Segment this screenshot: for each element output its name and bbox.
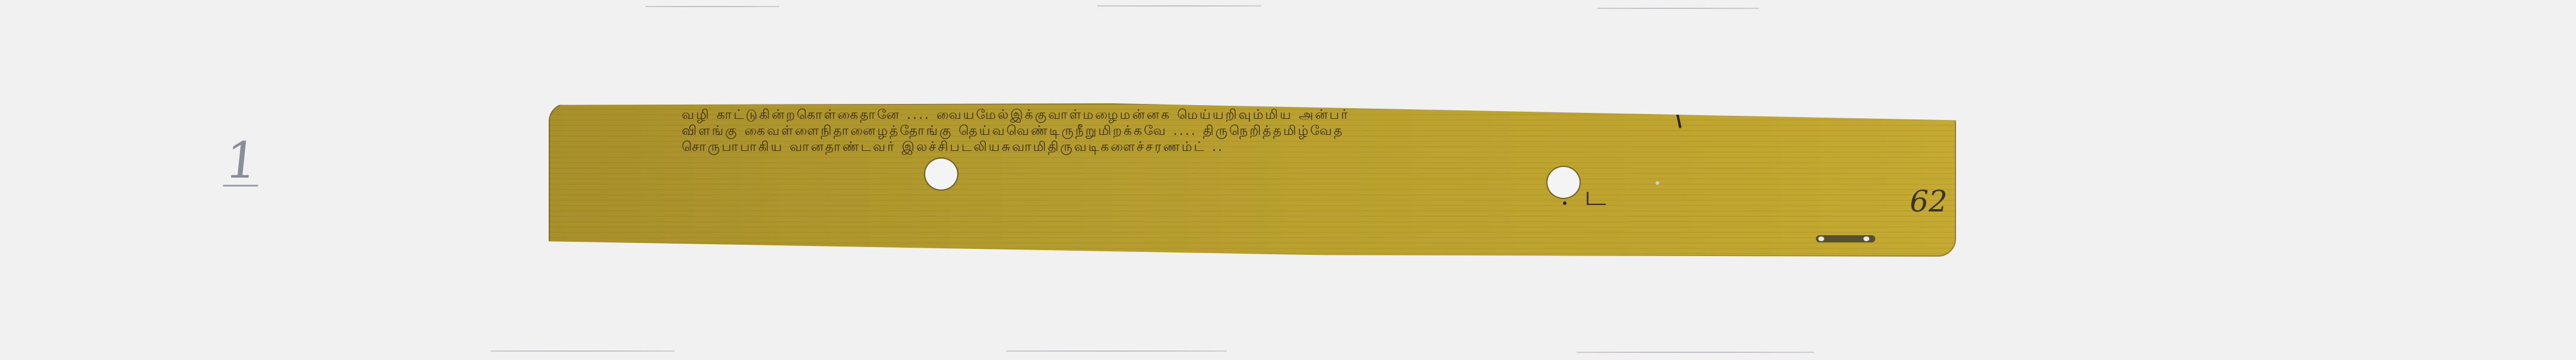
text-line-1: வழி காட்டுகின்றகொள்கைதானே .... வையமேல்இக…: [682, 107, 1840, 123]
bottom-guide-line-3: [1577, 352, 1814, 353]
right-binding-hole: [1548, 167, 1580, 198]
marginal-symbol: ட: [1584, 182, 1606, 209]
text-line-3: சொருபாபாகிய வானதாண்டவர் இலச்சிபடலியசுவாம…: [682, 139, 1840, 155]
bottom-guide-line-1: [490, 350, 675, 352]
top-guide-line-3: [1597, 8, 1759, 9]
manuscript-text: வழி காட்டுகின்றகொள்கைதானே .... வையமேல்இக…: [682, 107, 1840, 155]
top-guide-line-1: [645, 6, 779, 7]
left-binding-hole: [925, 159, 957, 190]
binding-thread-mark: [1816, 235, 1875, 242]
folio-number: 1: [223, 135, 260, 185]
ink-dot: [1563, 201, 1567, 205]
text-line-2: விளங்கு கைவள்ளைநிதானைழத்தோங்கு தெய்வவெண்…: [682, 123, 1840, 139]
palm-leaf: வழி காட்டுகின்றகொள்கைதானே .... வையமேல்இக…: [549, 103, 1956, 257]
top-guide-line-2: [1097, 5, 1261, 7]
ink-dot: [1656, 181, 1659, 185]
bottom-guide-line-2: [1006, 350, 1227, 352]
leaf-number: 62: [1910, 187, 1948, 216]
